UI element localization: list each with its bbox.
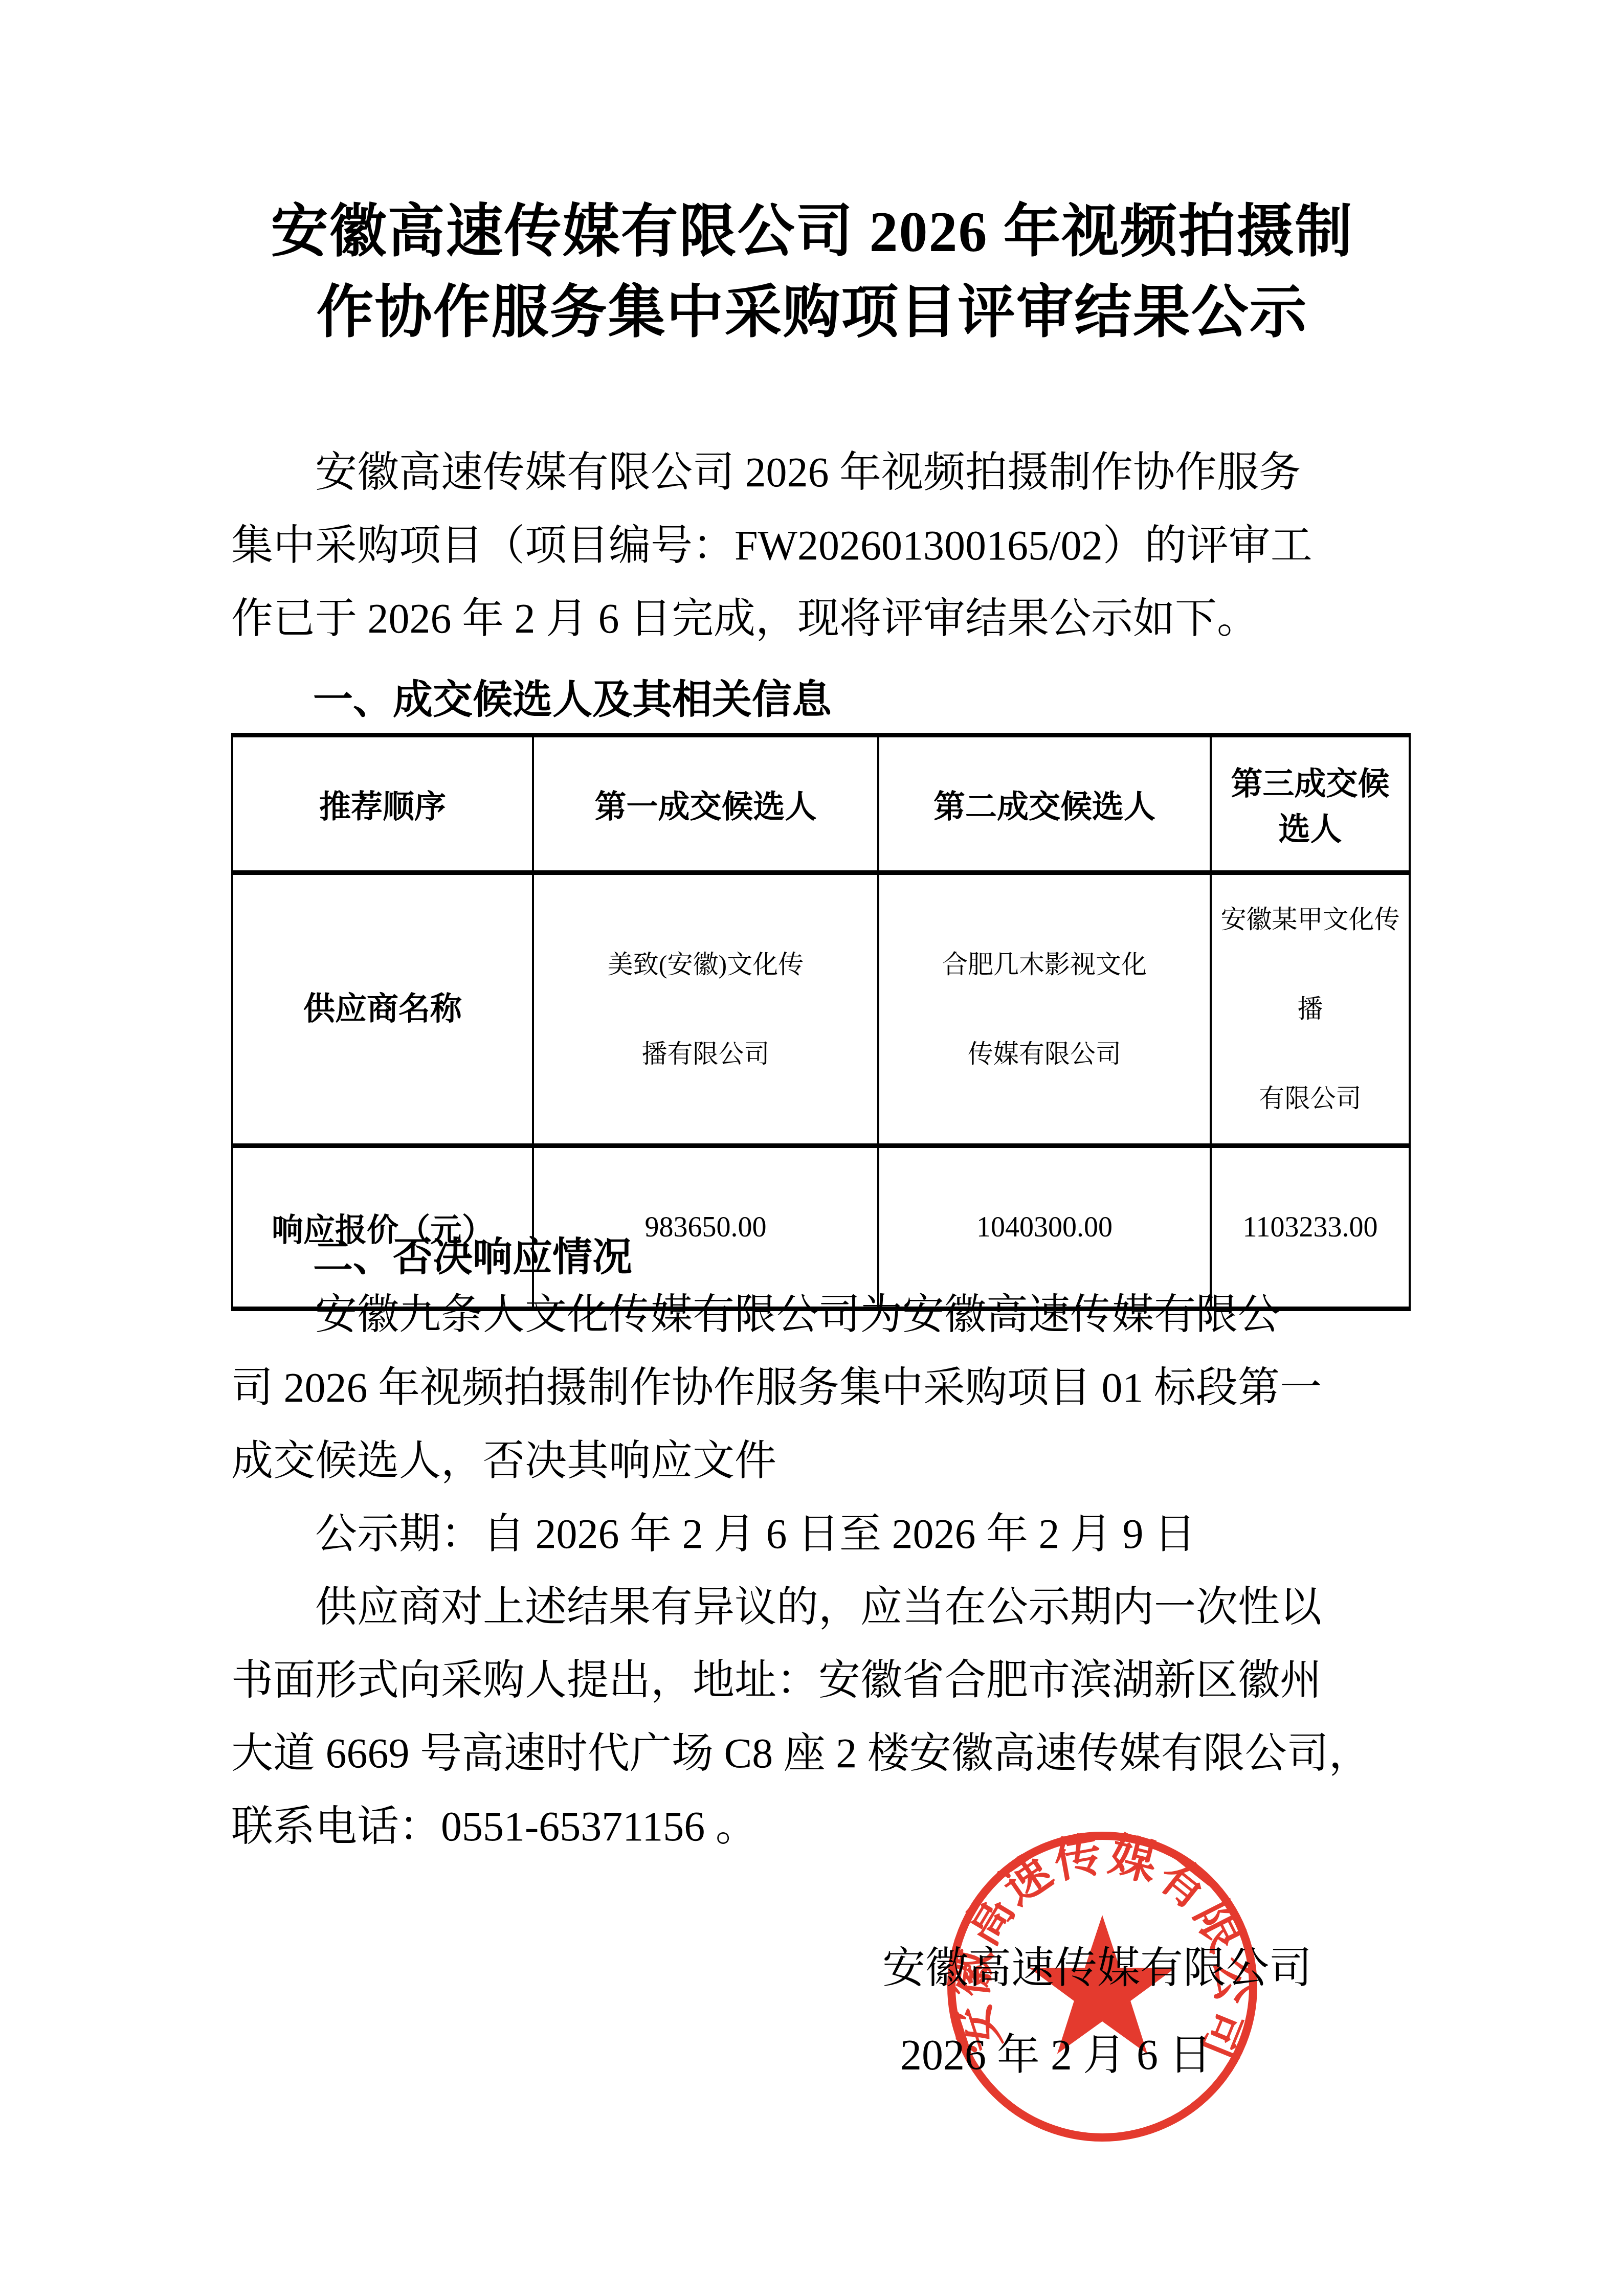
header-cell-second-candidate: 第二成交候选人 (878, 735, 1211, 873)
header-cell-third-candidate: 第三成交候选人 (1211, 735, 1410, 873)
supplier-row-label: 供应商名称 (232, 873, 533, 1146)
signature-date: 2026 年 2 月 6 日 (900, 2025, 1212, 2086)
rejection-paragraph: 安徽九条人文化传媒有限公司为安徽高速传媒有限公司 2026 年视频拍摄制作协作服… (231, 1278, 1409, 1497)
objection-paragraph: 供应商对上述结果有异议的，应当在公示期内一次性以书面形式向采购人提出，地址：安徽… (231, 1570, 1409, 1863)
supplier-name-row: 供应商名称 美致(安徽)文化传播有限公司 合肥几木影视文化传媒有限公司 安徽某甲… (232, 873, 1410, 1146)
supplier-name-cell-2: 合肥几木影视文化传媒有限公司 (878, 873, 1211, 1146)
intro-paragraph: 安徽高速传媒有限公司 2026 年视频拍摄制作协作服务集中采购项目（项目编号：F… (231, 436, 1409, 655)
supplier-name-cell-1: 美致(安徽)文化传播有限公司 (533, 873, 878, 1146)
doc-title: 安徽高速传媒有限公司 2026 年视频拍摄制作协作服务集中采购项目评审结果公示 (0, 192, 1624, 353)
section-1-heading: 一、成交候选人及其相关信息 (231, 674, 1409, 725)
signature-company: 安徽高速传媒有限公司 (882, 1938, 1312, 1999)
table-header-row: 推荐顺序 第一成交候选人 第二成交候选人 第三成交候选人 (232, 735, 1410, 873)
header-cell-rank: 推荐顺序 (232, 735, 533, 873)
supplier-name-cell-3: 安徽某甲文化传播有限公司 (1211, 873, 1410, 1146)
announcement-page: 安徽高速传媒有限公司 2026 年视频拍摄制作协作服务集中采购项目评审结果公示 … (0, 0, 1624, 2296)
notice-period-line: 公示期：自 2026 年 2 月 6 日至 2026 年 2 月 9 日 (231, 1497, 1409, 1570)
header-cell-first-candidate: 第一成交候选人 (533, 735, 878, 873)
section-2-heading: 二、否决响应情况 (231, 1231, 1409, 1282)
candidates-table: 推荐顺序 第一成交候选人 第二成交候选人 第三成交候选人 供应商名称 美致(安徽… (231, 733, 1411, 1311)
